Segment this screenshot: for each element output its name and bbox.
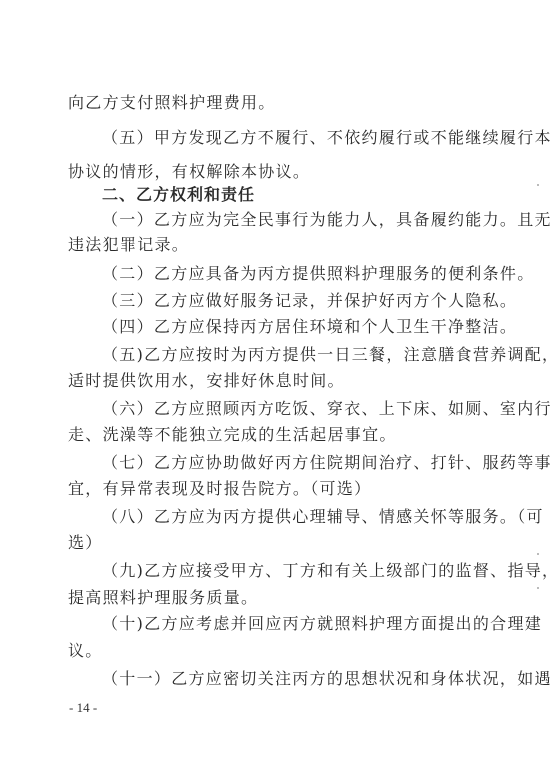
scan-speck <box>537 184 539 186</box>
text-line: （四）乙方应保持丙方居住环境和个人卫生干净整洁。 <box>102 317 522 337</box>
text-line: 走、洗澡等不能独立完成的生活起居事宜。 <box>68 425 488 445</box>
section-heading: 二、乙方权利和责任 <box>102 185 522 205</box>
text-line: 适时提供饮用水，安排好休息时间。 <box>68 371 488 391</box>
scan-speck <box>537 587 539 589</box>
text-line: （八）乙方应为丙方提供心理辅导、情感关怀等服务。（可 <box>102 507 522 527</box>
text-line: 协议的情形，有权解除本协议。 <box>68 162 488 182</box>
text-line: （七）乙方应协助做好丙方住院期间治疗、打针、服药等事 <box>102 453 522 473</box>
text-line: （一）乙方应为完全民事行为能力人，具备履约能力。且无 <box>102 210 522 230</box>
scan-speck <box>537 219 539 221</box>
text-line: （五)乙方应按时为丙方提供一日三餐，注意膳食营养调配， <box>102 345 522 365</box>
text-line: 向乙方支付照料护理费用。 <box>68 93 488 113</box>
text-line: （九)乙方应接受甲方、丁方和有关上级部门的监督、指导， <box>102 561 522 581</box>
text-line: 提高照料护理服务质量。 <box>68 588 488 608</box>
text-line: 违法犯罪记录。 <box>68 235 488 255</box>
text-line: （五）甲方发现乙方不履行、不依约履行或不能继续履行本 <box>102 128 522 148</box>
text-line: 议。 <box>68 641 488 661</box>
text-line: （二）乙方应具备为丙方提供照料护理服务的便利条件。 <box>102 264 522 284</box>
text-line: 选） <box>68 533 488 553</box>
text-line: （三）乙方应做好服务记录，并保护好丙方个人隐私。 <box>102 291 522 311</box>
document-page: 向乙方支付照料护理费用。 （五）甲方发现乙方不履行、不依约履行或不能继续履行本 … <box>0 0 550 778</box>
scan-speck <box>537 553 539 555</box>
text-line: 宜，有异常表现及时报告院方。（可选） <box>68 479 488 499</box>
text-line: （十一）乙方应密切关注丙方的思想状况和身体状况，如遇 <box>102 669 522 689</box>
page-number: - 14 - <box>69 700 97 716</box>
text-line: （六）乙方应照顾丙方吃饭、穿衣、上下床、如厕、室内行 <box>102 399 522 419</box>
text-line: （十)乙方应考虑并回应丙方就照料护理方面提出的合理建 <box>102 614 522 634</box>
